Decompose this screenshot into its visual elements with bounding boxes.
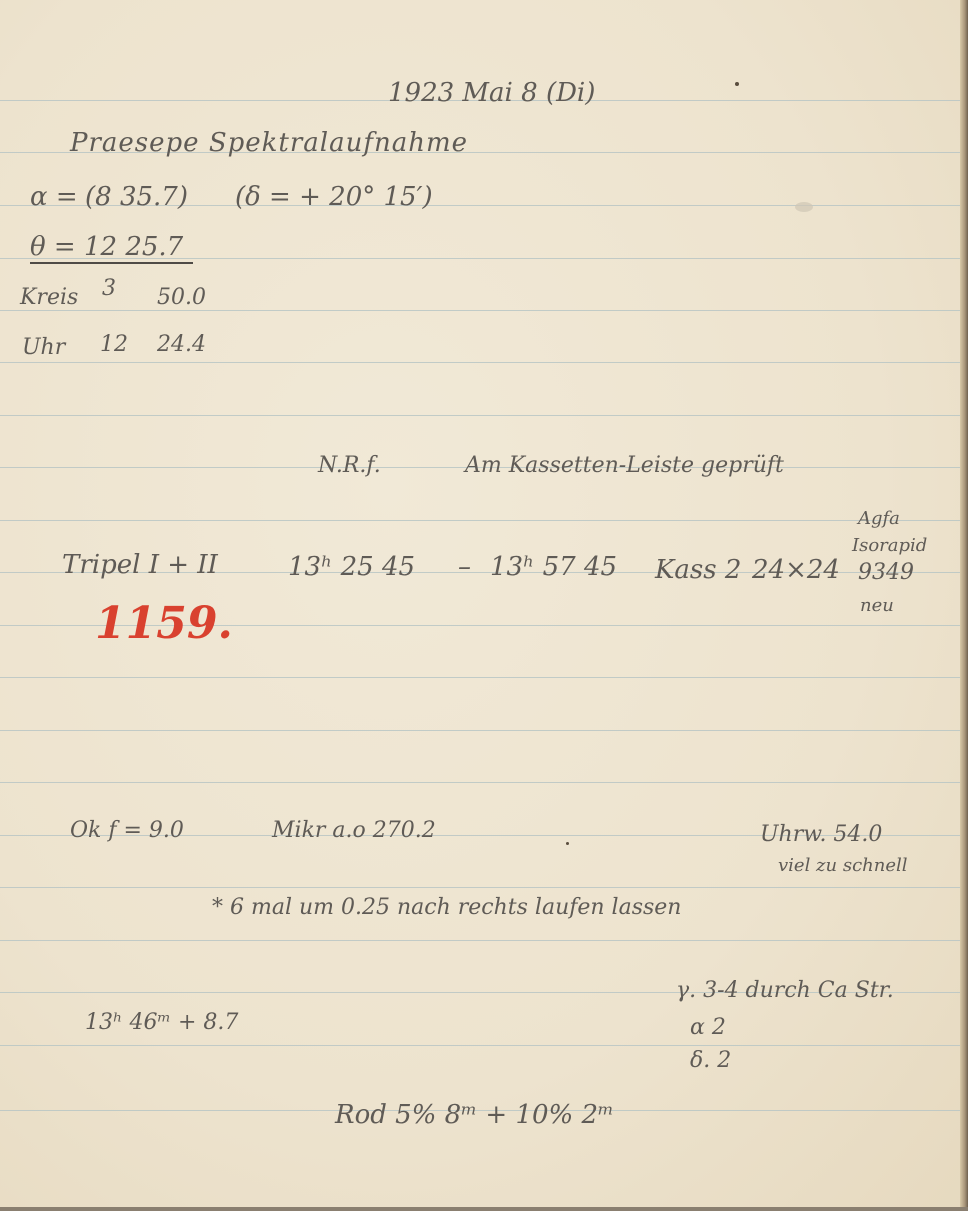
- kreis-minutes: 50.0: [157, 285, 206, 310]
- alpha-label: α =: [30, 182, 78, 212]
- theta-label: θ =: [30, 232, 76, 262]
- ruled-line: [0, 1045, 962, 1046]
- plate-size: 24×24: [752, 555, 840, 585]
- kreis-hours: 3: [102, 276, 116, 301]
- ruled-line: [0, 677, 962, 678]
- prism-setup: Tripel I + II: [62, 550, 218, 580]
- ruled-line: [0, 730, 962, 731]
- plate-type-name: Isorapid: [852, 535, 927, 556]
- cassette: Kass 2: [655, 555, 741, 585]
- plate-type-brand: Agfa: [858, 508, 900, 529]
- gamma-line: γ. 3-4 durch Ca Str.: [676, 978, 894, 1003]
- page-bottom-edge: [0, 1207, 968, 1211]
- entry-title: Praesepe Spektralaufnahme: [70, 128, 468, 158]
- alpha-line: α 2: [690, 1015, 726, 1040]
- star-note: * 6 mal um 0.25 nach rechts laufen lasse…: [212, 895, 681, 920]
- ink-dot: [566, 842, 569, 845]
- ruled-line: [0, 520, 962, 521]
- nrf-label: N.R.f.: [318, 453, 381, 478]
- clockwork-note: viel zu schnell: [778, 855, 908, 876]
- ocular-focus: Ok f = 9.0: [70, 818, 184, 843]
- uhr-label: Uhr: [22, 335, 65, 360]
- kreis-label: Kreis: [20, 285, 78, 310]
- plate-note: neu: [860, 595, 894, 616]
- clockwork-reading: Uhrw. 54.0: [760, 822, 882, 847]
- ruled-line: [0, 415, 962, 416]
- time-correction: 13ʰ 46ᵐ + 8.7: [85, 1010, 238, 1035]
- ruled-line: [0, 310, 962, 311]
- developer-note: Rod 5% 8ᵐ + 10% 2ᵐ: [335, 1100, 614, 1130]
- paper-stain: [795, 202, 813, 212]
- notebook-page: 1923 Mai 8 (Di) Praesepe Spektralaufnahm…: [0, 0, 968, 1211]
- page-binding-edge: [960, 0, 968, 1211]
- alpha-value: (8 35.7): [85, 182, 188, 212]
- uhr-minutes: 24.4: [157, 332, 206, 357]
- entry-date: 1923 Mai 8 (Di): [388, 78, 595, 108]
- ruled-line: [0, 887, 962, 888]
- plate-serial-red: 1159.: [95, 598, 233, 649]
- declination-value: (δ = + 20° 15′): [235, 182, 433, 212]
- nrf-note: Am Kassetten-Leiste geprüft: [465, 453, 784, 478]
- uhr-hours: 12: [100, 332, 128, 357]
- exposure-end-time: 13ʰ 57 45: [490, 552, 617, 582]
- delta-line: δ. 2: [690, 1048, 731, 1073]
- exposure-dash: –: [458, 552, 471, 582]
- exposure-start-time: 13ʰ 25 45: [288, 552, 415, 582]
- theta-row: θ = 12 25.7: [30, 232, 193, 264]
- plate-number: 9349: [858, 560, 914, 585]
- ruled-line: [0, 782, 962, 783]
- ruled-line: [0, 362, 962, 363]
- micrometer-reading: Mikr a.o 270.2: [272, 818, 436, 843]
- ruled-line: [0, 940, 962, 941]
- ink-dot: [735, 82, 739, 86]
- theta-value: 12 25.7: [84, 232, 183, 262]
